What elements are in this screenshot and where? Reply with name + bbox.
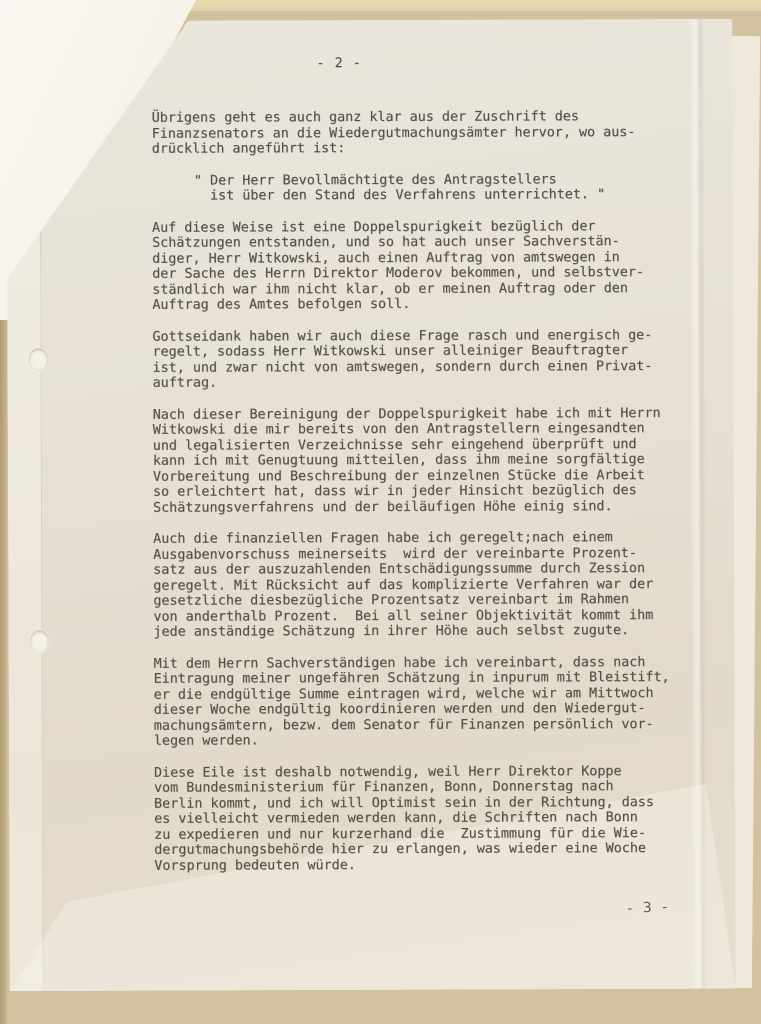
text-line: Ausgabenvorschuss meinerseits wird der v… — [153, 545, 693, 562]
text-line: legen werden. — [154, 732, 694, 749]
text-line: er die endgültige Summe eintragen wird, … — [154, 685, 694, 702]
text-line: Schätzungen entstanden, und so hat auch … — [152, 234, 692, 251]
text-line: Übrigens geht es auch ganz klar aus der … — [152, 109, 692, 126]
text-line: ist, und zwar nicht von amtswegen, sonde… — [152, 358, 692, 375]
paragraph: Auch die finanziellen Fragen habe ich ge… — [153, 530, 693, 640]
text-line: Berlin kommt, und ich will Optimist sein… — [154, 794, 694, 811]
text-line: Auch die finanziellen Fragen habe ich ge… — [153, 530, 693, 547]
text-line: dergutmachungsbehörde hier zu erlangen, … — [154, 841, 694, 858]
text-line: ist über den Stand des Verfahrens unterr… — [194, 187, 692, 204]
text-line: Finanzsenators an die Wiedergutmachungsä… — [152, 124, 692, 141]
page-number-top: - 2 - — [316, 56, 361, 72]
text-line: " Der Herr Bevollmächtigte des Antragste… — [194, 171, 692, 188]
text-line: es vielleicht vermieden werden kann, die… — [154, 810, 694, 827]
text-line: geregelt. Mit Rücksicht auf das komplizi… — [153, 576, 693, 593]
text-line: dieser Woche endgültig koordinieren werd… — [154, 701, 694, 718]
paragraph: Mit dem Herrn Sachverständigen habe ich … — [154, 654, 694, 749]
text-line: der Sache des Herrn Direktor Moderov bek… — [152, 265, 692, 282]
punch-hole — [28, 348, 48, 371]
text-line: satz aus der auszuzahlenden Entschädigun… — [153, 561, 693, 578]
text-line: ständlich war ihm nicht klar, ob er mein… — [152, 280, 692, 297]
text-line: Mit dem Herrn Sachverständigen habe ich … — [154, 654, 694, 671]
text-line: Diese Eile ist deshalb notwendig, weil H… — [154, 763, 694, 780]
text-line: drücklich angeführt ist: — [152, 140, 692, 157]
text-line: Auftrag des Amtes befolgen soll. — [152, 296, 692, 313]
text-line: machungsämtern, bezw. dem Senator für Fi… — [154, 716, 694, 733]
scanned-document-photo: - 2 - Übrigens geht es auch ganz klar au… — [0, 0, 761, 1024]
text-line: Witkowski die mir bereits von den Antrag… — [153, 421, 693, 438]
text-line: Auf diese Weise ist eine Doppelspurigkei… — [152, 218, 692, 235]
punch-hole — [29, 630, 49, 653]
paragraph: Übrigens geht es auch ganz klar aus der … — [152, 109, 692, 157]
paragraph: Nach dieser Bereinigung der Doppelspurig… — [153, 405, 693, 515]
text-line: so erleichtert hat, dass wir in jeder Hi… — [153, 483, 693, 500]
text-line: Vorbereitung und Beschreibung der einzel… — [153, 467, 693, 484]
text-line: Nach dieser Bereinigung der Doppelspurig… — [153, 405, 693, 422]
text-line: Gottseidank haben wir auch diese Frage r… — [152, 327, 692, 344]
paragraph: Auf diese Weise ist eine Doppelspurigkei… — [152, 218, 692, 313]
paragraph: Gottseidank haben wir auch diese Frage r… — [152, 327, 692, 391]
text-line: auftrag. — [153, 374, 693, 391]
text-line: und legalisierten Verzeichnisse sehr ein… — [153, 436, 693, 453]
page-number-bottom: - 3 - — [627, 900, 670, 917]
text-line: vom Bundesministerium für Finanzen, Bonn… — [154, 779, 694, 796]
text-line: jede anständige Schätzung in ihrer Höhe … — [153, 623, 693, 640]
text-line: zu expedieren und nur kurzerhand die Zus… — [154, 825, 694, 842]
document-page: - 2 - Übrigens geht es auch ganz klar au… — [6, 19, 735, 992]
text-line: regelt, sodass Herr Witkowski unser alle… — [152, 343, 692, 360]
text-line: diger, Herr Witkowski, auch einen Auftra… — [152, 249, 692, 266]
text-line: gesetzliche diesbezügliche Prozentsatz v… — [153, 592, 693, 609]
text-line: von anderthalb Prozent. Bei all seiner O… — [153, 607, 693, 624]
text-line: Vorsprung bedeuten würde. — [154, 856, 694, 873]
text-line: Schätzungsverfahrens und der beiläufigen… — [153, 498, 693, 515]
text-line: kann ich mit Genugtuung mitteilen, dass … — [153, 452, 693, 469]
typewritten-text: Übrigens geht es auch ganz klar aus der … — [152, 109, 695, 890]
paragraph: Diese Eile ist deshalb notwendig, weil H… — [154, 763, 694, 873]
quote-paragraph: " Der Herr Bevollmächtigte des Antragste… — [152, 171, 692, 204]
text-line: Eintragung meiner ungefähren Schätzung i… — [154, 670, 694, 687]
